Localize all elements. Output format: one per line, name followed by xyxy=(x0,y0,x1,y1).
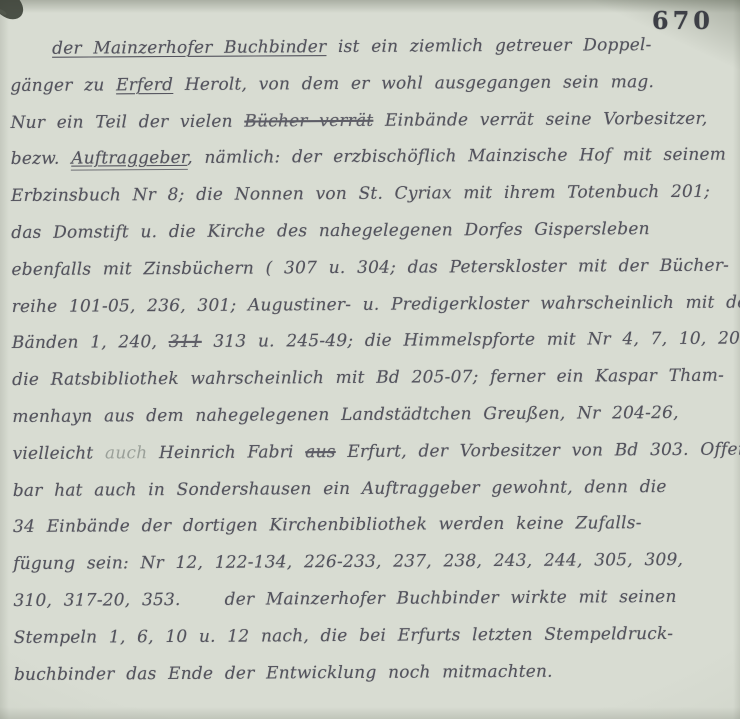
text-segment: buchbinder das Ende der Entwicklung noch… xyxy=(14,661,553,684)
text-segment: Herolt, von dem er wohl ausgegangen sein… xyxy=(173,72,654,95)
text-segment: Erfurt, der Vorbesitzer von Bd 303. Offe… xyxy=(336,439,740,462)
text-segment: 34 Einbände der dortigen Kirchenbiblioth… xyxy=(13,514,642,538)
text-segment: Bücher verrät xyxy=(244,110,373,131)
text-segment: die Ratsbibliothek wahrscheinlich mit Bd… xyxy=(12,366,724,390)
manuscript-line: reihe 101-05, 236, 301; Augustiner- u. P… xyxy=(12,284,740,325)
text-segment: auch xyxy=(105,443,147,463)
text-segment: menhayn aus dem nahegelegenen Landstädtc… xyxy=(12,403,678,427)
manuscript-line: Nur ein Teil der vielen Bücher verrät Ei… xyxy=(10,100,740,141)
text-segment: bar hat auch in Sondershausen ein Auftra… xyxy=(13,477,667,501)
text-segment: ebenfalls mit Zinsbüchern ( 307 u. 304; … xyxy=(11,255,729,279)
text-segment: , nämlich: der erzbischöflich Mainzische… xyxy=(187,145,726,168)
text-segment: das Domstift u. die Kirche des nahegeleg… xyxy=(11,219,650,243)
manuscript-line: die Ratsbibliothek wahrscheinlich mit Bd… xyxy=(12,358,740,399)
manuscript-line: der Mainzerhofer Buchbinder ist ein ziem… xyxy=(10,27,740,68)
text-segment: Erferd xyxy=(116,75,173,95)
manuscript-line: vielleicht auch Heinrich Fabri aus Erfur… xyxy=(12,431,740,472)
manuscript-line: 34 Einbände der dortigen Kirchenbiblioth… xyxy=(13,505,740,546)
manuscript-line: buchbinder das Ende der Entwicklung noch… xyxy=(14,652,740,693)
text-segment: Einbände verrät seine Vorbesitzer, xyxy=(373,108,707,130)
text-segment: aus xyxy=(305,442,336,462)
text-segment: bezw. xyxy=(11,149,72,169)
manuscript-line: bezw. Auftraggeber, nämlich: der erzbisc… xyxy=(11,137,740,178)
text-segment: Bänden 1, 240, xyxy=(12,332,169,353)
manuscript-line: Erbzinsbuch Nr 8; die Nonnen von St. Cyr… xyxy=(11,174,740,215)
manuscript-line: fügung sein: Nr 12, 122-134, 226-233, 23… xyxy=(13,542,740,583)
text-segment: Heinrich Fabri xyxy=(147,442,305,463)
manuscript: der Mainzerhofer Buchbinder ist ein ziem… xyxy=(10,27,740,694)
text-segment: fügung sein: Nr 12, 122-134, 226-233, 23… xyxy=(13,550,683,574)
text-segment: gänger zu xyxy=(10,75,116,96)
text-segment: Erbzinsbuch Nr 8; die Nonnen von St. Cyr… xyxy=(11,182,710,206)
text-segment: reihe 101-05, 236, 301; Augustiner- u. P… xyxy=(12,292,740,317)
scanned-manuscript-page: 670 der Mainzerhofer Buchbinder ist ein … xyxy=(0,0,740,719)
text-segment: der Mainzerhofer Buchbinder wirkte mit s… xyxy=(225,587,677,610)
manuscript-line: Stempeln 1, 6, 10 u. 12 nach, die bei Er… xyxy=(14,615,740,656)
text-segment: Auftraggeber xyxy=(71,148,187,171)
manuscript-line: gänger zu Erferd Herolt, von dem er wohl… xyxy=(10,63,740,104)
text-segment: 313 u. 245-49; die Himmelspforte mit Nr … xyxy=(202,329,740,353)
text-segment: ist ein ziemlich getreuer Doppel- xyxy=(326,35,651,57)
manuscript-line: Bänden 1, 240, 311 313 u. 245-49; die Hi… xyxy=(12,321,740,362)
text-segment: 310, 317-20, 353. xyxy=(13,590,180,611)
text-segment: vielleicht xyxy=(13,443,106,464)
text-segment: der Mainzerhofer Buchbinder xyxy=(52,37,326,59)
manuscript-line: das Domstift u. die Kirche des nahegeleg… xyxy=(11,211,740,252)
manuscript-line: ebenfalls mit Zinsbüchern ( 307 u. 304; … xyxy=(11,247,740,288)
manuscript-line: menhayn aus dem nahegelegenen Landstädtc… xyxy=(12,395,740,436)
manuscript-line: bar hat auch in Sondershausen ein Auftra… xyxy=(13,468,740,509)
text-segment: 311 xyxy=(169,332,202,352)
text-segment: Stempeln 1, 6, 10 u. 12 nach, die bei Er… xyxy=(14,624,674,648)
text-segment: Nur ein Teil der vielen xyxy=(10,111,244,132)
manuscript-line: 310, 317-20, 353.der Mainzerhofer Buchbi… xyxy=(13,578,740,619)
